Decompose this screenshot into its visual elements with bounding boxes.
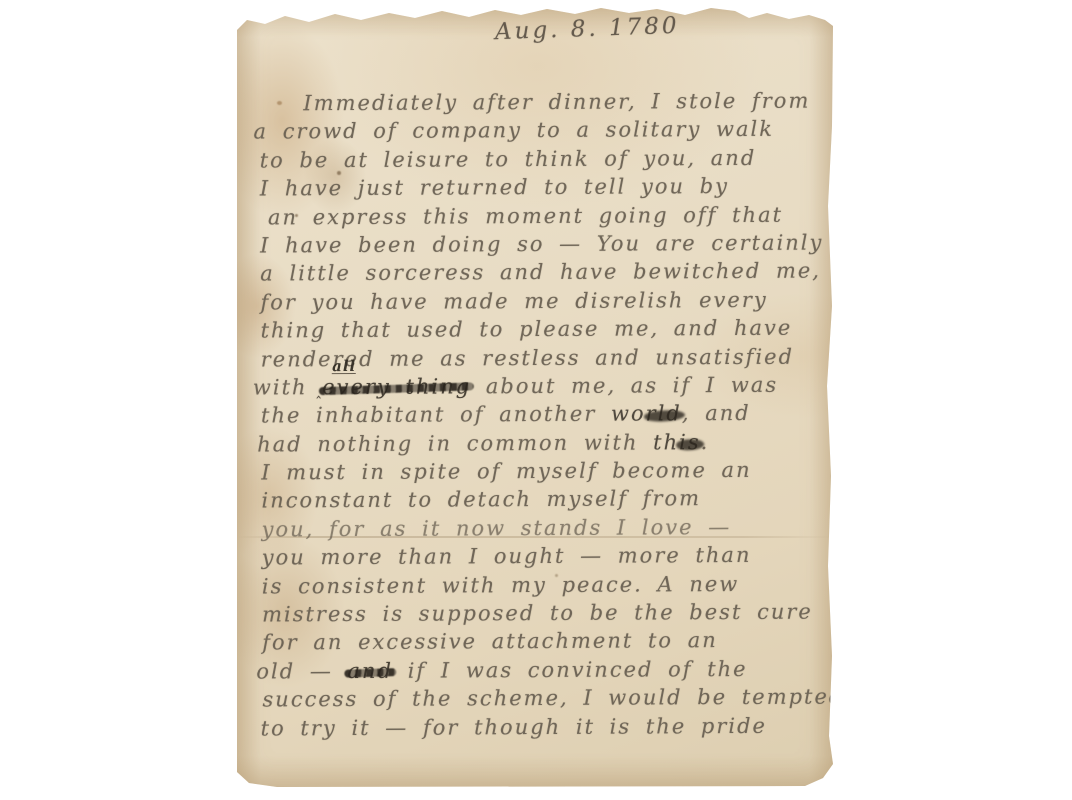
letter-line: Immediately after dinner, I stole from [259,87,819,118]
letter-text: an express this moment going off that [268,202,783,229]
letter-line: I must in spite of myself become an [261,456,821,487]
letter-text: a crowd of company to a solitary walk [253,117,774,144]
letter-text: to try it — for though it is the pride [261,713,767,740]
letter-line: with every thingall about me, as if I wa… [253,370,821,401]
letter-line: you more than I ought — more than [262,541,822,572]
letter-text: , and [682,401,751,425]
letter-line: for you have made me disrelish every [260,285,820,316]
letter-line: old — and if I was convinced of the [256,654,822,685]
letter-line: mistress is supposed to be the best cure [262,598,822,629]
letter-text: with [253,375,322,399]
letter-text: the inhabitant of another [261,402,611,428]
letter-text: I have been doing so — You are certainly [260,230,823,257]
letter-text: I must in spite of myself become an [261,458,751,485]
letter-text: you more than I ought — more than [262,543,752,570]
letter-text: is consistent with my peace. A new [262,572,739,598]
letter-page: Aug. 8. 1780 Immediately after dinner, I… [237,6,833,787]
letter-text: a little sorceress and have bewitched me… [260,259,821,286]
letter-line: to be at leisure to think of you, and [260,143,820,174]
letter-line: is consistent with my peace. A new [262,569,822,600]
letter-line: inconstant to detach myself from [261,484,821,515]
letter-text: old — [256,659,347,683]
blotted-word: this [653,430,701,454]
letter-text: for an excessive attachment to an [262,628,718,654]
letter-text: success of the scheme, I would be tempte… [262,685,844,712]
letter-line: had nothing in common with this. [257,427,821,458]
letter-text: had nothing in common with [257,430,653,456]
letter-text: thing that used to please me, and have [260,316,792,343]
letter-line: an express this moment going off that [268,200,820,231]
letter-text: to be at leisure to think of you, and [260,146,757,173]
letter-text: about me, as if I was [471,373,778,399]
letter-line: for an excessive attachment to an [262,626,822,657]
letter-text: if I was convinced of the [393,657,748,683]
scan-background: Aug. 8. 1780 Immediately after dinner, I… [0,0,1072,800]
letter-lines: Immediately after dinner, I stole froma … [259,87,822,743]
letter-text: I have just returned to tell you by [260,174,729,200]
letter-line: the inhabitant of another world, and [261,399,821,430]
letter-text: Immediately after dinner, I stole from [303,89,810,116]
struck-word: every thingall [322,374,471,399]
letter-line: thing that used to please me, and have [260,314,820,345]
letter-text: inconstant to detach myself from [261,487,701,513]
letter-text: for you have made me disrelish every [260,288,767,315]
blotted-word: world [611,402,682,426]
letter-line: I have just returned to tell you by [260,172,820,203]
letter-line: you, for as it now stands I love — [262,512,822,543]
letter-line: to try it — for though it is the pride [261,711,823,742]
letter-line: a crowd of company to a solitary walk [253,115,819,146]
struck-word: and [347,659,393,683]
letter-text: you, for as it now stands I love — [262,515,732,541]
letter-date: Aug. 8. 1780 [495,13,680,45]
letter-line: I have been doing so — You are certainly [260,228,820,259]
letter-line: success of the scheme, I would be tempte… [262,683,822,714]
interlinear-insertion: all [332,359,356,374]
letter-text: mistress is supposed to be the best cure [262,600,813,627]
letter-line: a little sorceress and have bewitched me… [260,257,820,288]
